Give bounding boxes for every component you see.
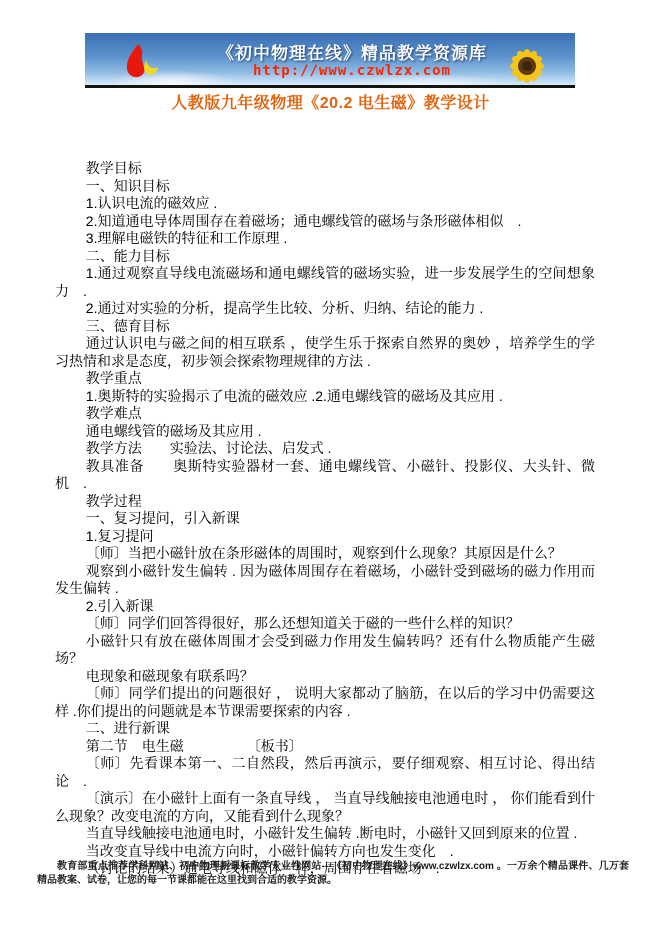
paragraph: 通过认识电与磁之间的相互联系 ，使学生乐于探索自然界的奥妙 ，培养学生的学习热情…: [55, 335, 595, 370]
paragraph: 教具准备 奥斯特实验器材一套、通电螺线管、小磁针、投影仪、大头针、微机 .: [55, 458, 595, 493]
paragraph: 二、能力目标: [55, 248, 595, 266]
paragraph: 第二节 电生磁 〔板书〕: [55, 738, 595, 756]
paragraph: 〔师〕先看课本第一、二自然段，然后再演示，要仔细观察、相互讨论、得出结论 .: [55, 755, 595, 790]
paragraph: 当直导线触接电池通电时，小磁针发生偏转 .断电时，小磁针又回到原来的位置 .: [55, 825, 595, 843]
paragraph: 2.通过对实验的分析，提高学生比较、分析、归纳、结论的能力 .: [55, 300, 595, 318]
paragraph: 2.知道通电导体周围存在着磁场；通电螺线管的磁场与条形磁体相似 .: [55, 213, 595, 231]
paragraph: 教学重点: [55, 370, 595, 388]
paragraph: 2.引入新课: [55, 598, 595, 616]
document-title: 人教版九年级物理《20.2 电生磁》教学设计: [0, 94, 661, 113]
footer-note: 教育部重点推荐学科网站、初中物理新课标教学专业性网站---《初中物理在线》www…: [37, 860, 629, 888]
flame-logo-icon: [119, 43, 165, 81]
paragraph: 1.通过观察直导线电流磁场和通电螺线管的磁场实验，进一步发展学生的空间想象力 .: [55, 265, 595, 300]
paragraph: 小磁针只有放在磁体周围才会受到磁力作用发生偏转吗？还有什么物质能产生磁场？: [55, 633, 595, 668]
banner-site-name: 《初中物理在线》精品教学资源库: [187, 44, 517, 63]
paragraph: 教学难点: [55, 405, 595, 423]
paragraph: 1.认识电流的磁效应 .: [55, 195, 595, 213]
paragraph: 一、复习提问，引入新课: [55, 510, 595, 528]
site-banner: 《初中物理在线》精品教学资源库 http://www.czwlzx.com: [85, 33, 575, 88]
paragraph: 三、德育目标: [55, 318, 595, 336]
paragraph: 观察到小磁针发生偏转 . 因为磁体周围存在着磁场，小磁针受到磁场的磁力作用而发生…: [55, 563, 595, 598]
paragraph: 一、知识目标: [55, 178, 595, 196]
paragraph: 〔师〕同学们提出的问题很好 ， 说明大家都动了脑筋，在以后的学习中仍需要这样 .…: [55, 685, 595, 720]
paragraph: 当改变直导线中电流方向时，小磁针偏转方向也发生变化 .: [55, 843, 595, 861]
paragraph: 二、进行新课: [55, 720, 595, 738]
banner-site-url: http://www.czwlzx.com: [187, 63, 517, 80]
paragraph: 1.复习提问: [55, 528, 595, 546]
paragraph: 电现象和磁现象有联系吗？: [55, 668, 595, 686]
paragraph: 1.奥斯特的实验揭示了电流的磁效应 .2.通电螺线管的磁场及其应用 .: [55, 388, 595, 406]
paragraph: 〔师〕同学们回答得很好，那么还想知道关于磁的一些什么样的知识？: [55, 615, 595, 633]
sunflower-icon: [501, 41, 553, 87]
paragraph: 通电螺线管的磁场及其应用 .: [55, 423, 595, 441]
paragraph: 教学过程: [55, 493, 595, 511]
paragraph: 3.理解电磁铁的特征和工作原理 .: [55, 230, 595, 248]
paragraph: 〔师〕当把小磁针放在条形磁体的周围时，观察到什么现象？其原因是什么？: [55, 545, 595, 563]
paragraph: 教学方法 实验法、讨论法、启发式 .: [55, 440, 595, 458]
document-page: 《初中物理在线》精品教学资源库 http://www.czwlzx.com 人教…: [0, 0, 661, 936]
document-body: 教学目标一、知识目标1.认识电流的磁效应 .2.知道通电导体周围存在着磁场；通电…: [55, 160, 595, 878]
paragraph: 〔演示〕在小磁针上面有一条直导线 ， 当直导线触接电池通电时 ， 你们能看到什么…: [55, 790, 595, 825]
paragraph: 教学目标: [55, 160, 595, 178]
